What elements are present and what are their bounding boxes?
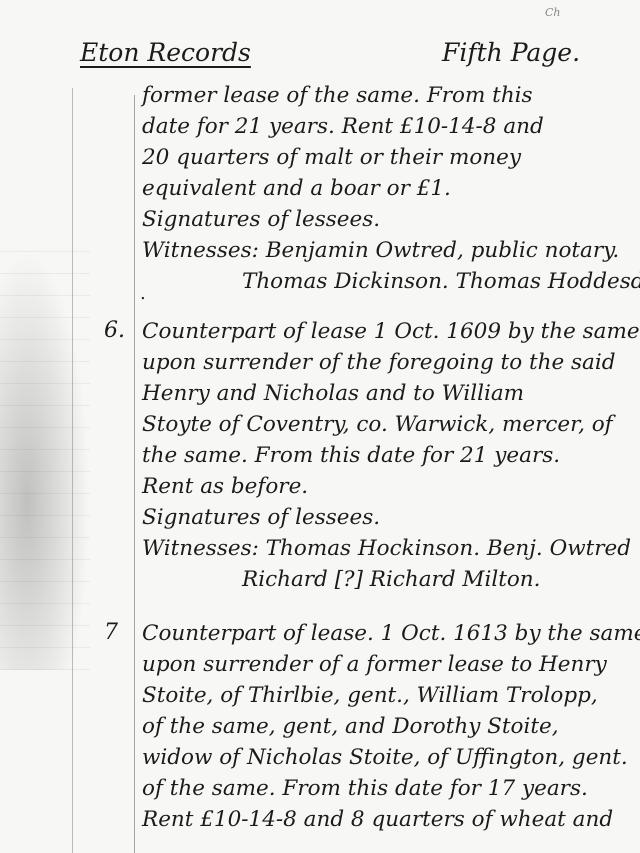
text-line: Witnesses: Thomas Hockinson. Benj. Owtre… <box>142 533 632 564</box>
entry-7: Counterpart of lease. 1 Oct. 1613 by the… <box>142 618 632 835</box>
text-line: Stoite, of Thirlbie, gent., William Trol… <box>142 680 632 711</box>
margin-rule-outer <box>72 88 73 853</box>
witness-continuation: Thomas Dickinson. Thomas Hoddesdon. <box>142 266 632 297</box>
text-line: Rent £10-14-8 and 8 quarters of wheat an… <box>142 804 632 835</box>
text-line: the same. From this date for 21 years. <box>142 440 632 471</box>
document-title: Eton Records <box>80 38 251 67</box>
text-line: Signatures of lessees. <box>142 204 632 235</box>
text-line: Signatures of lessees. <box>142 502 632 533</box>
corner-initials: Ch <box>545 6 561 19</box>
margin-rule-inner <box>134 95 135 853</box>
text-line: Counterpart of lease. 1 Oct. 1613 by the… <box>142 618 632 649</box>
entry-number: 7 <box>104 620 118 645</box>
text-line: Stoyte of Coventry, co. Warwick, mercer,… <box>142 409 632 440</box>
text-line: date for 21 years. Rent £10-14-8 and <box>142 111 632 142</box>
text-line: widow of Nicholas Stoite, of Uffington, … <box>142 742 632 773</box>
text-line: upon surrender of a former lease to Henr… <box>142 649 632 680</box>
witness-continuation: Richard [?] Richard Milton. <box>142 564 632 595</box>
text-line: equivalent and a boar or £1. <box>142 173 632 204</box>
entry-6: Counterpart of lease 1 Oct. 1609 by the … <box>142 316 632 595</box>
text-line: 20 quarters of malt or their money <box>142 142 632 173</box>
scan-noise <box>0 250 90 670</box>
entry-number: 6. <box>104 318 125 343</box>
text-line: upon surrender of the foregoing to the s… <box>142 347 632 378</box>
text-line: Henry and Nicholas and to William <box>142 378 632 409</box>
page-label: Fifth Page. <box>442 38 580 67</box>
continuation-block: former lease of the same. From this date… <box>142 80 632 297</box>
page-header: Eton Records Fifth Page. <box>80 38 610 72</box>
text-line: former lease of the same. From this <box>142 80 632 111</box>
text-line: Counterpart of lease 1 Oct. 1609 by the … <box>142 316 632 347</box>
text-line: Witnesses: Benjamin Owtred, public notar… <box>142 235 632 266</box>
text-line: of the same, gent, and Dorothy Stoite, <box>142 711 632 742</box>
trailing-mark: . <box>140 283 146 304</box>
text-line: Rent as before. <box>142 471 632 502</box>
text-line: of the same. From this date for 17 years… <box>142 773 632 804</box>
